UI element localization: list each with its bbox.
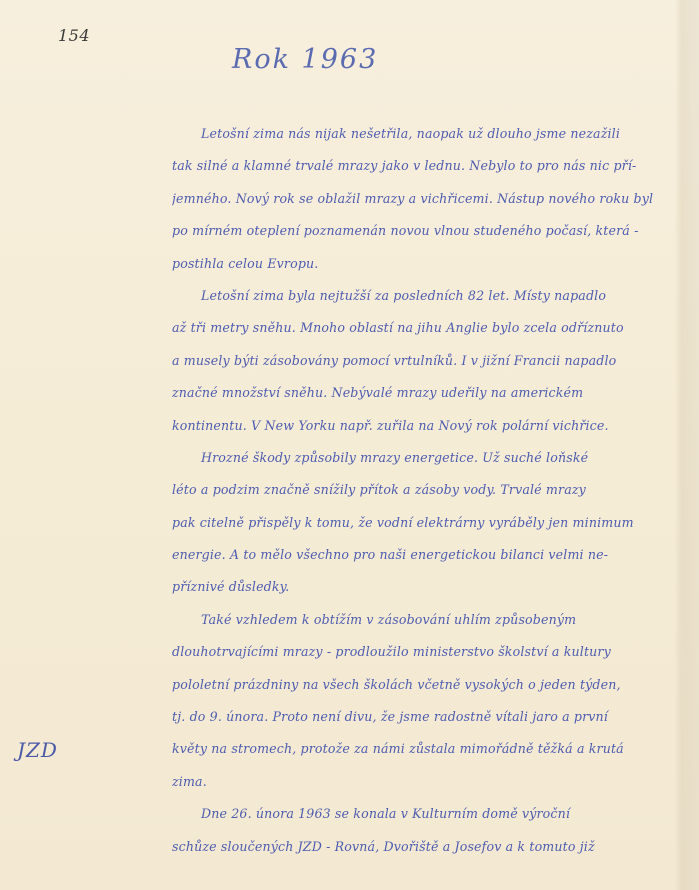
page-number: 154 [58, 26, 90, 45]
text-line: energie. A to mělo všechno pro naši ener… [172, 539, 684, 571]
text-line: Hrozné škody způsobily mrazy energetice.… [172, 442, 684, 474]
text-line: květy na stromech, protože za námi zůsta… [172, 733, 684, 765]
text-line: a musely býti zásobovány pomocí vrtulník… [172, 345, 684, 377]
text-line: značné množství sněhu. Nebývalé mrazy ud… [172, 377, 684, 409]
text-line: kontinentu. V New Yorku např. zuřila na … [172, 410, 684, 442]
text-line: Dne 26. února 1963 se konala v Kulturním… [172, 798, 684, 830]
text-line: tj. do 9. února. Proto není divu, že jsm… [172, 701, 684, 733]
text-line: Letošní zima byla nejtužší za posledních… [172, 280, 684, 312]
margin-note: JZD [17, 738, 58, 762]
text-line: pak citelně přispěly k tomu, že vodní el… [172, 507, 684, 539]
text-line: jemného. Nový rok se oblažil mrazy a vic… [172, 183, 684, 215]
text-line: po mírném oteplení poznamenán novou vlno… [172, 215, 684, 247]
manuscript-page: 154 Rok 1963 JZD Letošní zima nás nijak … [0, 0, 699, 890]
handwritten-body: Letošní zima nás nijak nešetřila, naopak… [172, 118, 684, 863]
text-line: Také vzhledem k obtížím v zásobování uhl… [172, 604, 684, 636]
text-line: postihla celou Evropu. [172, 248, 684, 280]
text-line: Letošní zima nás nijak nešetřila, naopak… [172, 118, 684, 150]
text-line: tak silné a klamné trvalé mrazy jako v l… [172, 150, 684, 182]
text-line: až tři metry sněhu. Mnoho oblastí na jih… [172, 312, 684, 344]
text-line: příznivé důsledky. [172, 571, 684, 603]
text-line: dlouhotrvajícími mrazy - prodloužilo min… [172, 636, 684, 668]
text-line: léto a podzim značně snížily přítok a zá… [172, 474, 684, 506]
text-line: zima. [172, 766, 684, 798]
page-title: Rok 1963 [232, 44, 378, 75]
text-line: schůze sloučených JZD - Rovná, Dvořiště … [172, 831, 684, 863]
text-line: pololetní prázdniny na všech školách vče… [172, 669, 684, 701]
